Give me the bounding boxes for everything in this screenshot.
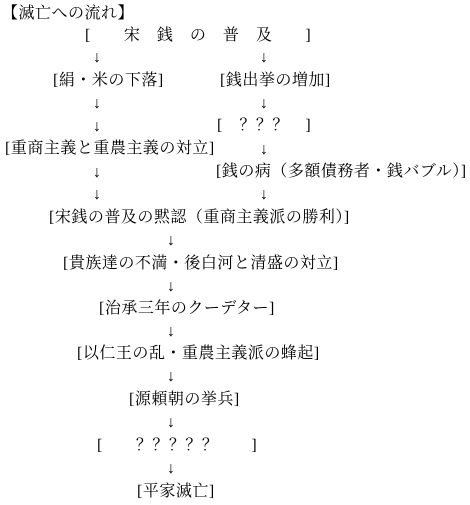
node-unknown-2: [ ？？？？？ ] (97, 436, 257, 455)
down-arrow: ↓ (260, 185, 268, 204)
down-arrow: ↓ (167, 413, 175, 432)
down-arrow: ↓ (167, 277, 175, 296)
node-coin-disease: [銭の病（多額債務者・銭バブル）] (216, 162, 467, 181)
down-arrow: ↓ (167, 459, 175, 478)
down-arrow: ↓ (93, 185, 101, 204)
down-arrow: ↓ (93, 163, 101, 182)
node-mercantilism-agrarianism-conflict: [重商主義と重農主義の対立] (5, 139, 215, 158)
node-nobles-discontent: [貴族達の不満・後白河と清盛の対立] (63, 254, 339, 273)
node-tacit-approval-song-coin: [宋銭の普及の黙認（重商主義派の勝利）] (49, 208, 350, 227)
down-arrow: ↓ (167, 322, 175, 341)
node-song-coin-spread: [ 宋 銭 の 普 及 ] (85, 26, 311, 45)
diagram-title: 【滅亡への流れ】 (2, 4, 134, 23)
node-jisho-3-coup: [治承三年のクーデター] (99, 299, 275, 318)
down-arrow: ↓ (260, 140, 268, 159)
flow-diagram-page: 【滅亡への流れ】 [ 宋 銭 の 普 及 ] ↓ ↓ [絹・米の下落] [銭出挙… (0, 0, 470, 505)
node-silk-rice-decline: [絹・米の下落] (53, 71, 164, 90)
down-arrow: ↓ (93, 117, 101, 136)
down-arrow: ↓ (167, 231, 175, 250)
node-yoritomo-army: [源頼朝の挙兵] (129, 390, 240, 409)
node-unknown-1: [ ？？？ ] (217, 116, 311, 135)
down-arrow: ↓ (93, 48, 101, 67)
node-mochihito-revolt: [以仁王の乱・重農主義派の蜂起] (77, 344, 320, 363)
down-arrow: ↓ (260, 48, 268, 67)
down-arrow: ↓ (93, 94, 101, 113)
down-arrow: ↓ (167, 367, 175, 386)
down-arrow: ↓ (260, 94, 268, 113)
node-heike-downfall: [平家滅亡] (137, 482, 215, 501)
node-coin-loan-increase: [銭出挙の増加] (220, 71, 331, 90)
